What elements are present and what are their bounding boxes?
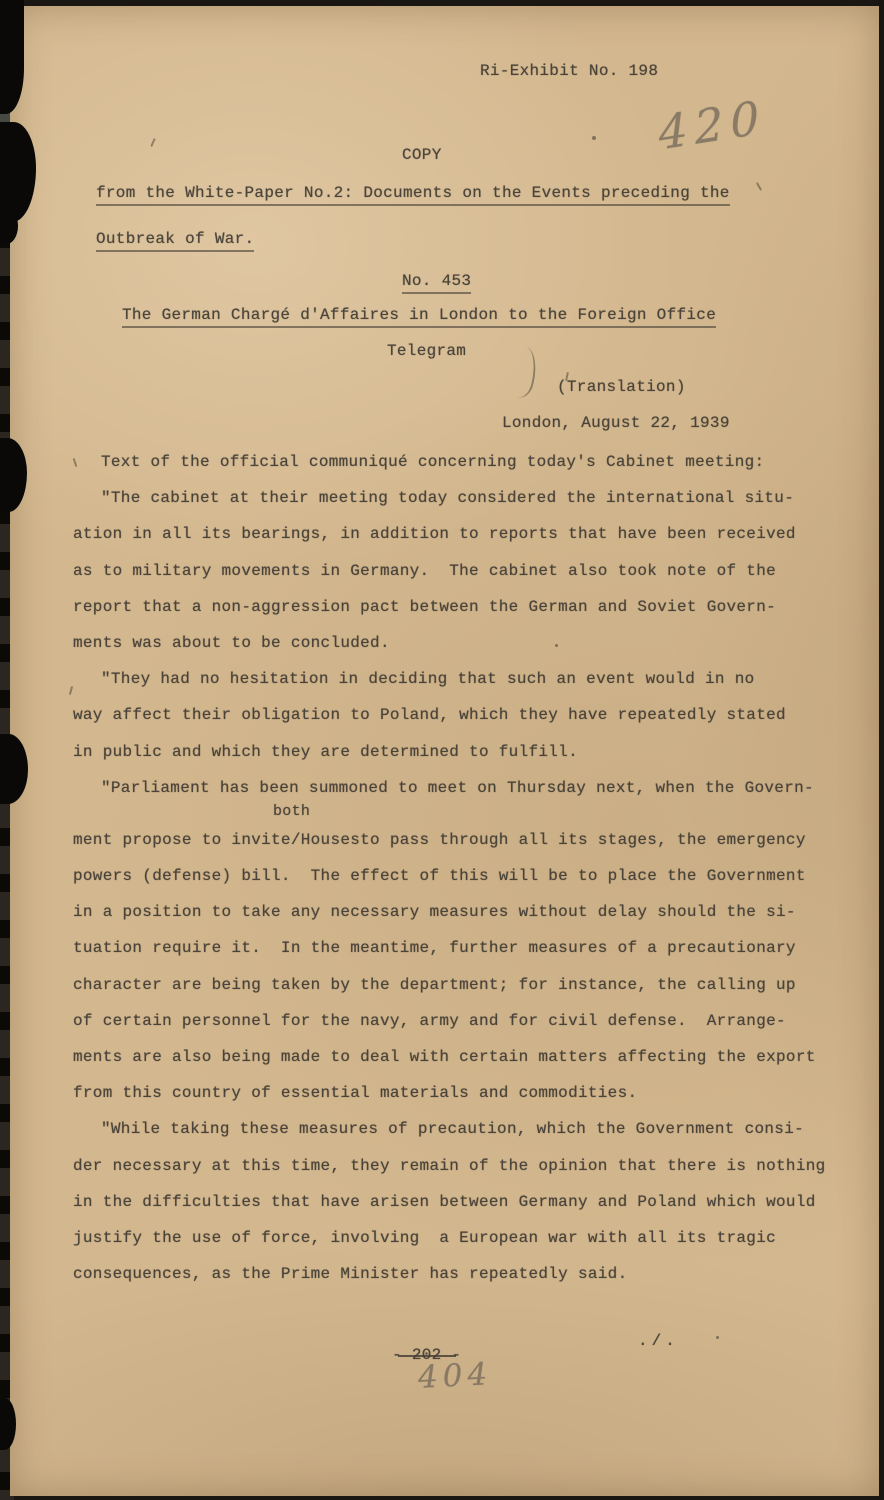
- body-line-text: of certain personnel for the navy, army …: [73, 1012, 786, 1030]
- translation-note: (Translation): [557, 378, 686, 396]
- body-line-text: "Parliament has been summoned to meet on…: [101, 779, 814, 797]
- body-line-text: tuation require it. In the meantime, fur…: [73, 939, 796, 957]
- body-line: ments was about to be concluded.: [73, 625, 848, 661]
- paper-speck: [592, 136, 596, 140]
- body-line-text: "The cabinet at their meeting today cons…: [101, 489, 794, 507]
- body-line-text: in a position to take any necessary meas…: [73, 903, 796, 921]
- body-line-text: "While taking these measures of precauti…: [101, 1120, 804, 1138]
- body-line-text: way affect their obligation to Poland, w…: [73, 706, 786, 724]
- body-line-text: as to military movements in Germany. The…: [73, 562, 776, 580]
- dateline: London, August 22, 1939: [502, 414, 730, 432]
- body-line-text: consequences, as the Prime Minister has …: [73, 1265, 628, 1283]
- body-line: in public and which they are determined …: [73, 734, 848, 770]
- body-line: powers (defense) bill. The effect of thi…: [73, 858, 848, 894]
- body-line-text: powers (defense) bill. The effect of thi…: [73, 867, 806, 885]
- body-line-text: justify the use of force, involving a Eu…: [73, 1229, 776, 1247]
- handwritten-number-top: 420: [657, 89, 768, 160]
- document-scan: Ri-Exhibit No. 198 420 COPY from the Whi…: [0, 0, 884, 1500]
- body-line: in the difficulties that have arisen bet…: [73, 1184, 848, 1220]
- body-line: "While taking these measures of precauti…: [73, 1111, 848, 1147]
- paper-speck: [555, 644, 558, 647]
- body-line: der necessary at this time, they remain …: [73, 1148, 848, 1184]
- body-line: "They had no hesitation in deciding that…: [73, 661, 848, 697]
- pencil-tick: [756, 182, 762, 191]
- handwritten-page-number: 404: [417, 1356, 493, 1396]
- body-line-text: der necessary at this time, they remain …: [73, 1157, 826, 1175]
- body-line: justify the use of force, involving a Eu…: [73, 1220, 848, 1256]
- document-type-label: Telegram: [387, 342, 466, 360]
- body-line: Text of the official communiqué concerni…: [73, 444, 848, 480]
- body-line: ment propose to invite/Housesto pass thr…: [73, 822, 848, 858]
- body-line: consequences, as the Prime Minister has …: [73, 1256, 848, 1292]
- body-line-text: ments was about to be concluded.: [73, 634, 390, 652]
- paper-page: Ri-Exhibit No. 198 420 COPY from the Whi…: [10, 6, 879, 1496]
- body-line: way affect their obligation to Poland, w…: [73, 697, 848, 733]
- pencil-stroke-mark: [502, 343, 542, 400]
- body-line: in a position to take any necessary meas…: [73, 894, 848, 930]
- paper-speck: [716, 1336, 719, 1339]
- body-line-text: from this country of essential materials…: [73, 1084, 637, 1102]
- copy-label: COPY: [402, 146, 442, 164]
- body-line-text: ments are also being made to deal with c…: [73, 1048, 816, 1066]
- body-line: "Parliament has been summoned to meet on…: [73, 770, 848, 806]
- body-line-text: Text of the official communiqué concerni…: [101, 453, 764, 471]
- body-line: ments are also being made to deal with c…: [73, 1039, 848, 1075]
- body-line: of certain personnel for the navy, army …: [73, 1003, 848, 1039]
- body-line-text: character are being taken by the departm…: [73, 976, 796, 994]
- body-line: tuation require it. In the meantime, fur…: [73, 930, 848, 966]
- document-number: No. 453: [402, 272, 471, 294]
- body-line: character are being taken by the departm…: [73, 967, 848, 1003]
- continuation-mark: ./.: [638, 1332, 679, 1350]
- body-line-text: "They had no hesitation in deciding that…: [101, 670, 755, 688]
- source-reference-line1: from the White-Paper No.2: Documents on …: [96, 184, 730, 206]
- body-line: both: [73, 806, 848, 822]
- body-line-text: ment propose to invite/Housesto pass thr…: [73, 831, 806, 849]
- body-line-text: in the difficulties that have arisen bet…: [73, 1193, 816, 1211]
- exhibit-number-label: Ri-Exhibit No. 198: [480, 62, 658, 80]
- pencil-tick: [150, 138, 155, 147]
- body-line: from this country of essential materials…: [73, 1075, 848, 1111]
- body-line-text: both: [273, 803, 310, 820]
- body-line-text: in public and which they are determined …: [73, 743, 578, 761]
- body-line-text: ation in all its bearings, in addition t…: [73, 525, 796, 543]
- body-line: ation in all its bearings, in addition t…: [73, 516, 848, 552]
- body-line: "The cabinet at their meeting today cons…: [73, 480, 848, 516]
- body-line-text: report that a non-aggression pact betwee…: [73, 598, 776, 616]
- document-title: The German Chargé d'Affaires in London t…: [122, 306, 716, 328]
- source-reference-line2: Outbreak of War.: [96, 230, 254, 252]
- telegram-body: Text of the official communiqué concerni…: [73, 444, 848, 1292]
- body-line: as to military movements in Germany. The…: [73, 553, 848, 589]
- body-line: report that a non-aggression pact betwee…: [73, 589, 848, 625]
